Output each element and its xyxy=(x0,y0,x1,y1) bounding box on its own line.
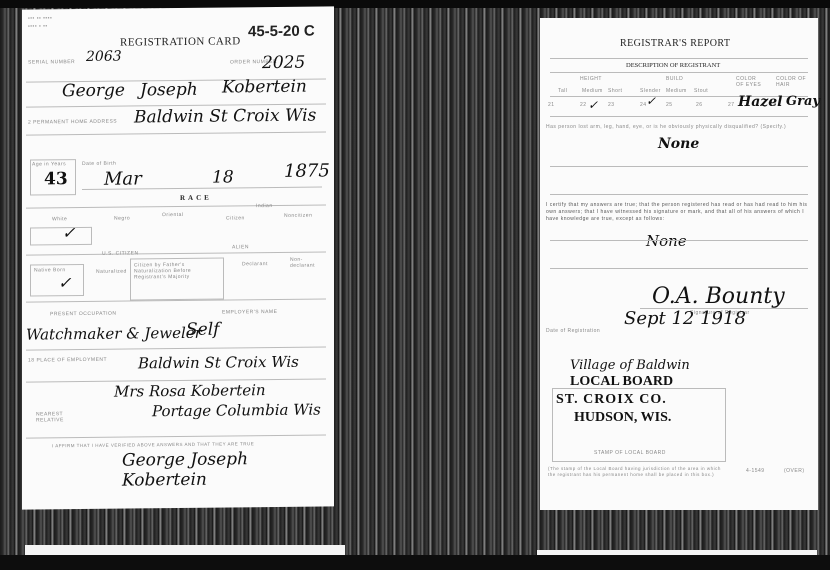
q29-text: Has person lost arm, leg, hand, eye, or … xyxy=(546,124,808,131)
registration-card-front: ▪▪▪ ▪▪ ▪▪▪▪ ▪▪▪▪ ▪ ▪▪ REGISTRATION CARD … xyxy=(22,6,334,509)
race-header: RACE xyxy=(180,194,212,202)
hair-header: COLOR OF HAIR xyxy=(776,76,808,88)
employer-header: EMPLOYER'S NAME xyxy=(222,309,277,316)
affirm-text: I AFFIRM THAT I HAVE VERIFIED ABOVE ANSW… xyxy=(52,440,322,448)
stamp-caption: STAMP OF LOCAL BOARD xyxy=(594,450,666,456)
footer-code-1: 4-1549 xyxy=(746,468,765,474)
height-checkmark: ✓ xyxy=(588,98,598,112)
build-checkmark: ✓ xyxy=(646,94,656,108)
dob-label: Date of Birth xyxy=(82,161,116,167)
certify-text: I certify that my answers are true; that… xyxy=(546,202,808,223)
q29-answer: None xyxy=(658,136,699,152)
film-edge-bottom xyxy=(0,555,830,570)
build-medium: Medium xyxy=(666,88,687,94)
row-num-21: 21 xyxy=(548,102,555,108)
row-num-26: 26 xyxy=(696,102,703,108)
registrar-signature: O.A. Bounty xyxy=(652,284,785,309)
film-edge-top xyxy=(0,0,830,8)
nearest-relative-address: Portage Columbia Wis xyxy=(152,401,321,421)
age-label: Age in Years xyxy=(32,161,66,167)
birth-month: Mar xyxy=(104,168,142,189)
white-box xyxy=(30,227,92,246)
registrant-signature: George Joseph Kobertein xyxy=(122,448,334,490)
nondeclarant-label: Non-declarant xyxy=(290,257,320,269)
occupation-header: PRESENT OCCUPATION xyxy=(50,311,117,318)
age-value: 43 xyxy=(44,169,68,189)
last-name: Kobertein xyxy=(222,77,307,98)
report-title: REGISTRAR'S REPORT xyxy=(620,38,730,49)
card-title: REGISTRATION CARD xyxy=(120,35,241,48)
date-value: Sept 12 1918 xyxy=(624,308,746,329)
naturalized-label: Naturalized xyxy=(96,269,127,275)
native-born-checkmark: ✓ xyxy=(58,273,71,292)
employer-value: Self xyxy=(186,320,219,340)
exceptions-answer: None xyxy=(646,232,687,250)
race-label-oriental: Oriental xyxy=(162,212,184,218)
row-num-22: 22 xyxy=(580,102,587,108)
alien-header: ALIEN xyxy=(232,244,249,250)
header-fineprint-2: ▪▪▪▪ ▪ ▪▪ xyxy=(28,23,48,29)
citizen-by-father-label: Citizen by Father's Naturalization Befor… xyxy=(134,262,220,281)
eyes-value: Hazel xyxy=(738,94,782,110)
race-label-white: White xyxy=(52,216,67,222)
height-medium: Medium xyxy=(582,88,603,94)
stamp-line-3: HUDSON, WIS. xyxy=(574,410,671,426)
serial-label: SERIAL NUMBER xyxy=(28,59,75,65)
race-label-indian: Indian xyxy=(256,203,273,209)
footer-text: (The stamp of the Local Board having jur… xyxy=(548,466,724,478)
home-address: Baldwin St Croix Wis xyxy=(134,106,316,128)
date-label: Date of Registration xyxy=(546,328,600,334)
race-label-negro: Negro xyxy=(114,216,130,222)
order-number: 2025 xyxy=(262,53,305,73)
address-label: 2 PERMANENT HOME ADDRESS xyxy=(28,119,117,126)
description-header: DESCRIPTION OF REGISTRANT xyxy=(626,62,720,69)
place-of-employment-label: 18 PLACE OF EMPLOYMENT xyxy=(28,357,107,364)
us-citizen-header: U.S. CITIZEN xyxy=(102,250,139,256)
registrars-report: REGISTRAR'S REPORT DESCRIPTION OF REGIST… xyxy=(540,18,818,510)
height-header: HEIGHT xyxy=(580,76,602,82)
row-num-25: 25 xyxy=(666,102,673,108)
place-of-employment-value: Baldwin St Croix Wis xyxy=(138,353,299,373)
stamp-line-1: LOCAL BOARD xyxy=(570,374,673,390)
stamp-line-2: ST. CROIX CO. xyxy=(556,392,667,408)
build-stout: Stout xyxy=(694,88,708,94)
occupation-value: Watchmaker & Jeweler xyxy=(26,324,202,344)
nearest-relative-name: Mrs Rosa Kobertein xyxy=(114,381,266,401)
eyes-header: COLOR OF EYES xyxy=(736,76,766,88)
white-checkmark: ✓ xyxy=(62,223,75,242)
race-label-citizen: Citizen xyxy=(226,215,245,221)
build-header: BUILD xyxy=(666,76,683,82)
precinct-value: Village of Baldwin xyxy=(570,358,690,373)
nearest-relative-label: NEAREST RELATIVE xyxy=(36,411,76,423)
birth-day: 18 xyxy=(212,167,234,187)
declarant-label: Declarant xyxy=(242,261,268,267)
hair-value: Gray xyxy=(786,94,820,109)
height-short: Short xyxy=(608,88,622,94)
birth-year: 1875 xyxy=(284,160,330,181)
race-label-noncitizen: Noncitizen xyxy=(284,213,312,219)
row-num-23: 23 xyxy=(608,102,615,108)
header-fineprint: ▪▪▪ ▪▪ ▪▪▪▪ xyxy=(28,15,52,21)
form-number: 45-5-20 C xyxy=(248,23,315,41)
middle-name: Joseph xyxy=(140,80,198,101)
footer-code-2: (OVER) xyxy=(784,468,805,474)
first-name: George xyxy=(62,81,125,102)
height-tall: Tall xyxy=(558,88,568,94)
serial-number: 2063 xyxy=(86,49,122,65)
row-num-27: 27 xyxy=(728,102,735,108)
